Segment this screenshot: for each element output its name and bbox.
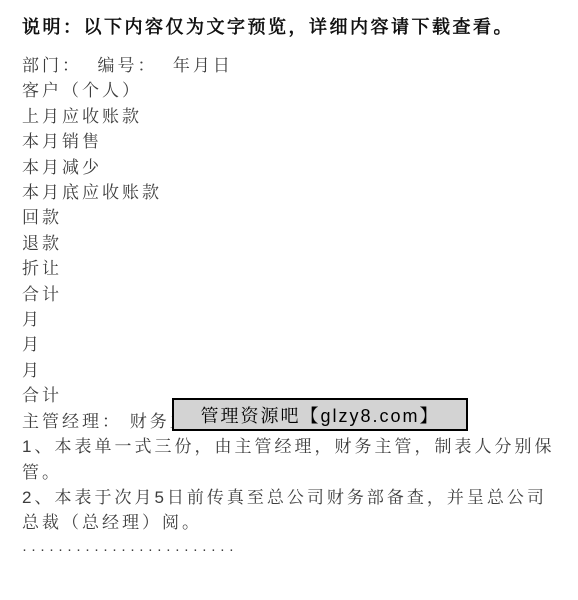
ellipsis-row: ························ — [22, 537, 558, 562]
document-preview-page: 说明：以下内容仅为文字预览，详细内容请下载查看。 部门： 编号： 年月日 客户（… — [0, 0, 578, 600]
preview-line-payment-received: 回款 — [22, 205, 558, 230]
note-line-2: 2、本表于次月5日前传真至总公司财务部备查，并呈总公司总裁（总经理）阅。 — [22, 485, 558, 536]
preview-line-month-sales: 本月销售 — [22, 129, 558, 154]
preview-line-month-1: 月 — [22, 307, 558, 332]
watermark-badge: 管理资源吧【glzy8.com】 — [172, 398, 468, 431]
note-line-1: 1、本表单一式三份，由主管经理，财务主管，制表人分别保管。 — [22, 434, 558, 485]
preview-line-last-month-receivable: 上月应收账款 — [22, 104, 558, 129]
preview-line-month-2: 月 — [22, 332, 558, 357]
watermark-label: 管理资源吧【glzy8.com】 — [200, 402, 439, 428]
preview-notice: 说明：以下内容仅为文字预览，详细内容请下载查看。 — [22, 14, 558, 40]
preview-line-subtotal: 合计 — [22, 282, 558, 307]
preview-line-month-decrease: 本月减少 — [22, 155, 558, 180]
preview-line-refund: 退款 — [22, 231, 558, 256]
preview-line-month-3: 月 — [22, 358, 558, 383]
fields-line: 部门： 编号： 年月日 — [22, 53, 558, 78]
preview-line-month-end-receivable: 本月底应收账款 — [22, 180, 558, 205]
preview-line-customer: 客户（个人） — [22, 78, 558, 103]
preview-line-discount: 折让 — [22, 256, 558, 281]
